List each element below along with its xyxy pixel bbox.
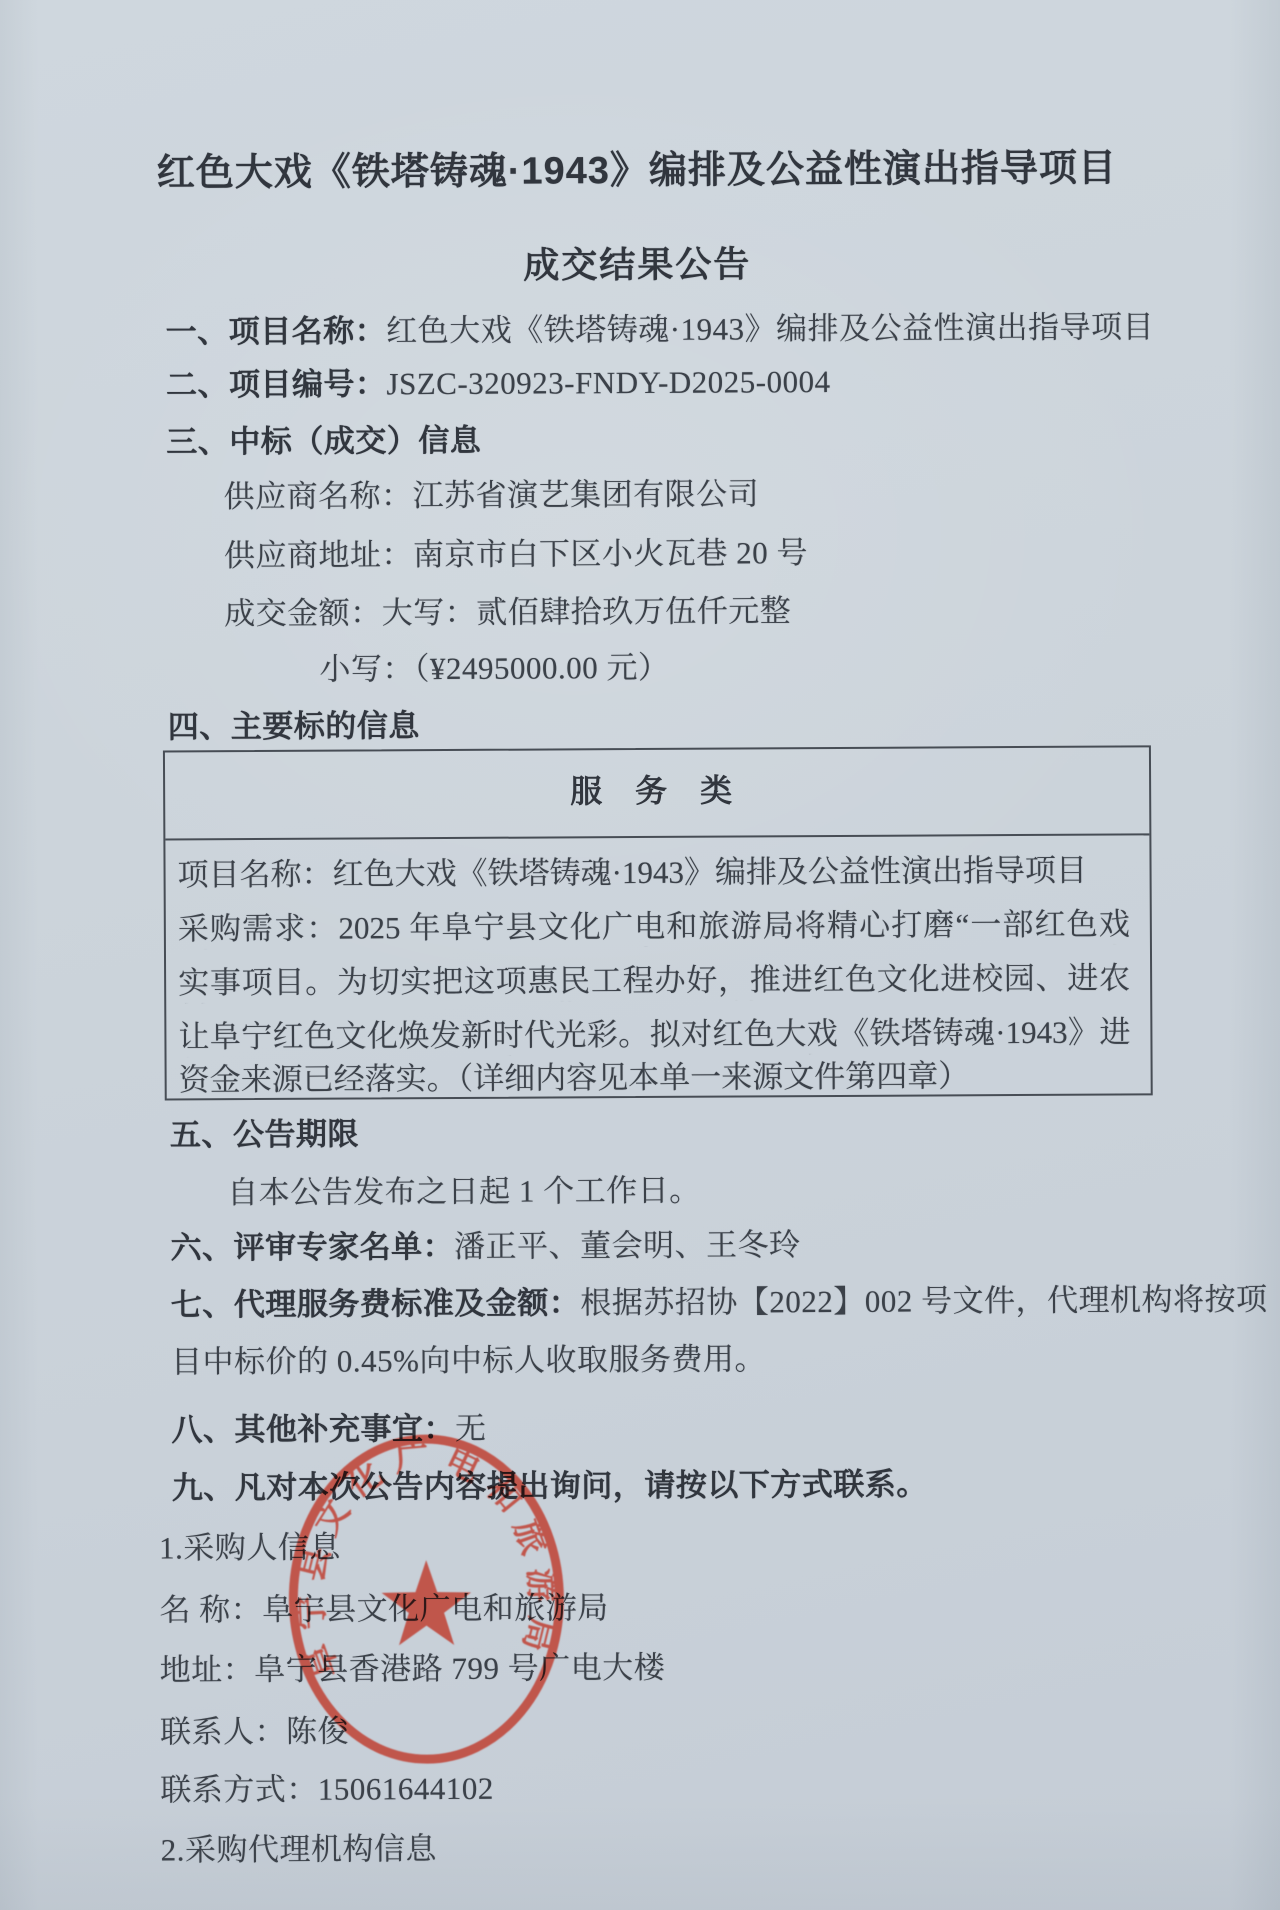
project-name-label: 一、项目名称：	[166, 313, 387, 349]
table-row: 项目名称：红色大戏《铁塔铸魂·1943》编排及公益性演出指导项目	[177, 852, 1129, 893]
announcement-period-body: 自本公告发布之日起 1 个工作日。	[227, 1173, 701, 1211]
subject-info-heading: 四、主要标的信息	[168, 708, 420, 745]
amount-capital-line: 成交金额：大写：贰佰肆拾玖万伍仟元整	[224, 593, 791, 632]
agency-fee-value-1: 根据苏招协【2022】002 号文件，代理机构将按项	[580, 1282, 1267, 1321]
table-row: 采购需求：2025 年阜宁县文化广电和旅游局将精心打磨“一部红色戏剧”为民生	[178, 906, 1130, 949]
service-table-header: 服 务 类	[165, 747, 1149, 840]
supplier-address-line: 供应商地址：南京市白下区小火瓦巷 20 号	[224, 535, 808, 574]
project-number-line: 二、项目编号：JSZC-320923-FNDY-D2025-0004	[166, 364, 831, 403]
experts-value: 潘正平、董会明、王冬玲	[454, 1227, 801, 1264]
agency-section-heading: 2.采购代理机构信息	[161, 1831, 437, 1868]
purchaser-phone-line: 联系方式：15061644102	[160, 1771, 494, 1809]
purchaser-name-line: 名 称：阜宁县文化广电和旅游局	[159, 1590, 608, 1628]
amount-numeric-line: 小写：（¥2495000.00 元）	[319, 650, 669, 688]
document-subtitle: 成交结果公告	[87, 240, 1187, 290]
document-title: 红色大戏《铁塔铸魂·1943》编排及公益性演出指导项目	[87, 145, 1187, 197]
agency-fee-line-2: 目中标价的 0.45%向中标人收取服务费用。	[171, 1341, 766, 1380]
document-photo: 红色大戏《铁塔铸魂·1943》编排及公益性演出指导项目 成交结果公告 一、项目名…	[0, 0, 1280, 1910]
agency-fee-line-1: 七、代理服务费标准及金额：根据苏招协【2022】002 号文件，代理机构将按项	[171, 1282, 1268, 1324]
other-matters-line: 八、其他补充事宜：无	[171, 1411, 486, 1449]
project-name-value: 红色大戏《铁塔铸魂·1943》编排及公益性演出指导项目	[386, 309, 1154, 348]
purchaser-section-heading: 1.采购人信息	[159, 1530, 341, 1567]
experts-label: 六、评审专家名单：	[170, 1229, 454, 1265]
purchaser-contact-line: 联系人：陈俊	[160, 1714, 349, 1751]
inquiry-heading: 九、凡对本次公告内容提出询问，请按以下方式联系。	[172, 1467, 928, 1507]
table-row: 资金来源已经落实。（详细内容见本单一来源文件第四章）	[179, 1057, 1131, 1098]
project-number-label: 二、项目编号：	[166, 366, 387, 402]
service-table: 服 务 类 项目名称：红色大戏《铁塔铸魂·1943》编排及公益性演出指导项目 采…	[163, 745, 1153, 1100]
announcement-period-heading: 五、公告期限	[170, 1116, 359, 1153]
table-row: 实事项目。为切实把这项惠民工程办好，推进红色文化进校园、进农村、进社区，	[178, 960, 1130, 1003]
project-number-value: JSZC-320923-FNDY-D2025-0004	[386, 364, 830, 401]
other-matters-label: 八、其他补充事宜：	[171, 1411, 455, 1447]
table-row: 让阜宁红色文化焕发新时代光彩。拟对红色大戏《铁塔铸魂·1943》进行采购。	[178, 1014, 1130, 1057]
project-name-line: 一、项目名称：红色大戏《铁塔铸魂·1943》编排及公益性演出指导项目	[166, 309, 1155, 350]
purchaser-address-line: 地址：阜宁县香港路 799 号广电大楼	[160, 1650, 666, 1689]
experts-line: 六、评审专家名单：潘正平、董会明、王冬玲	[170, 1227, 800, 1266]
supplier-name-line: 供应商名称：江苏省演艺集团有限公司	[224, 476, 760, 515]
agency-fee-label: 七、代理服务费标准及金额：	[171, 1285, 581, 1322]
document-content: 红色大戏《铁塔铸魂·1943》编排及公益性演出指导项目 成交结果公告 一、项目名…	[0, 0, 1280, 1910]
other-matters-value: 无	[455, 1411, 487, 1446]
award-info-heading: 三、中标（成交）信息	[166, 423, 481, 461]
